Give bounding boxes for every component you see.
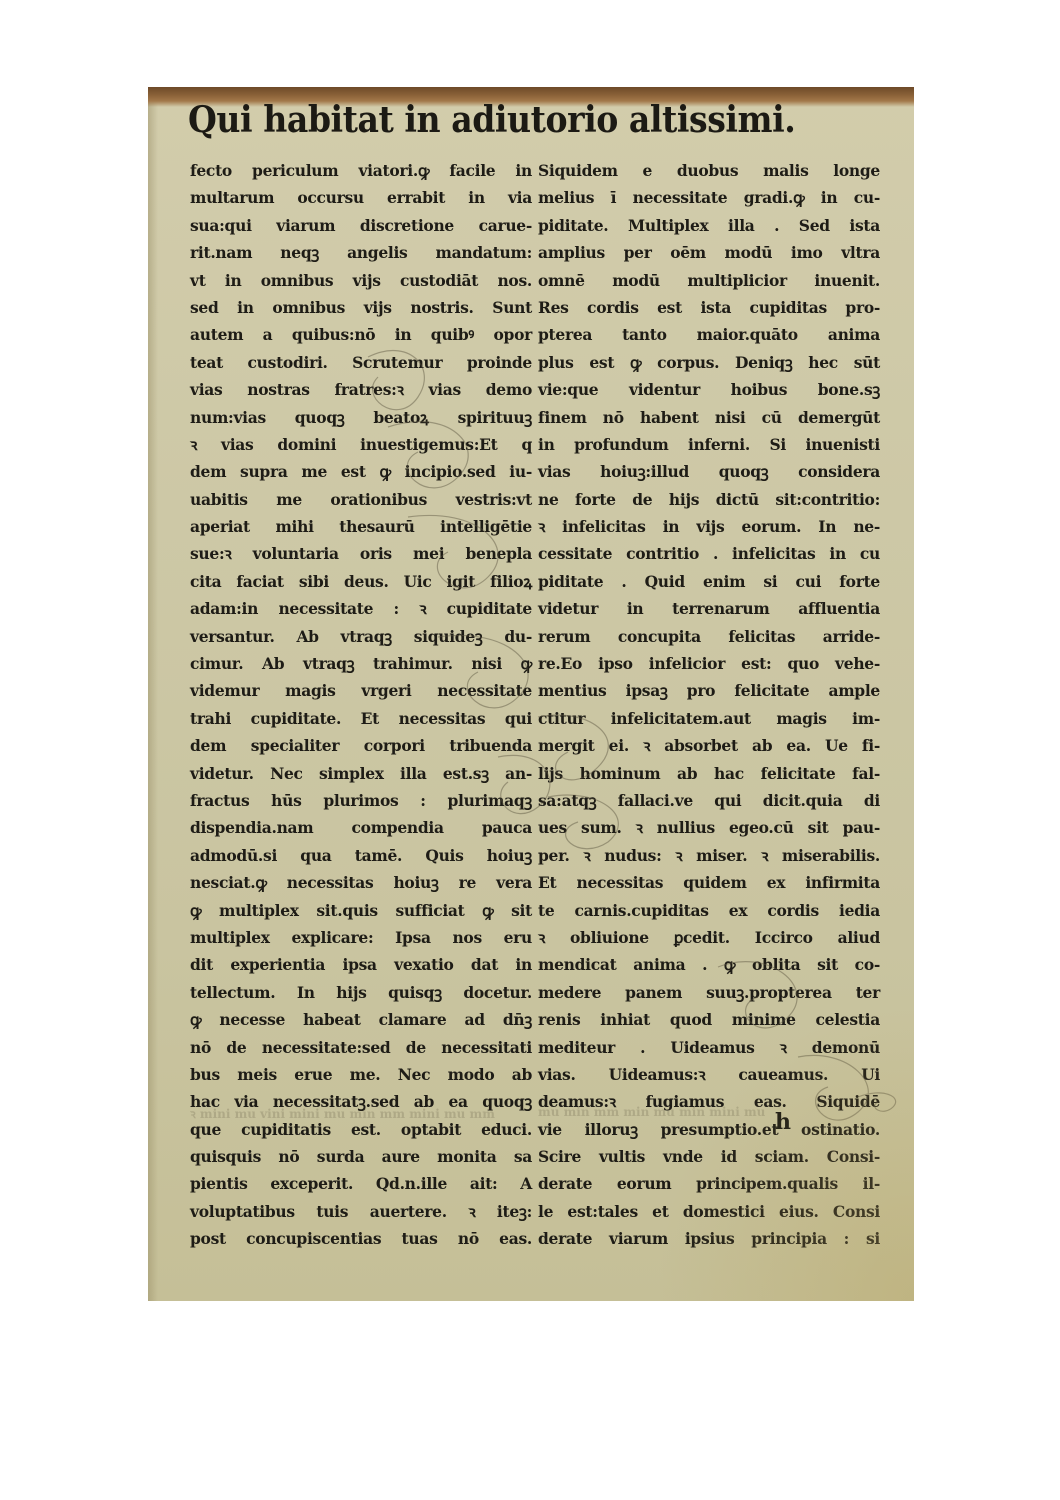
text-line: que cupiditatis est. optabit educi. [190, 1116, 532, 1143]
text-line: bus meis erue me. Nec modo ab [190, 1061, 532, 1088]
text-line: num:vias quoqꝫ beatoꝝ spirituuꝫ [190, 404, 532, 431]
page-heading: Qui habitat in adiutorio altissimi. [188, 99, 795, 141]
text-line: videtur. Nec simplex illa est.sꝫ an- [190, 760, 532, 787]
text-line: rit.nam neqꝫ angelis mandatum: [190, 239, 532, 266]
text-column-left: fecto periculum viatori.ꝙ facile inmulta… [190, 157, 532, 1253]
text-line: omnē modū multiplicior inuenit. [538, 267, 880, 294]
text-line: Res cordis est ista cupiditas pro- [538, 294, 880, 321]
text-line: per. ꝛ nudus: ꝛ miser. ꝛ miserabilis. [538, 842, 880, 869]
text-line: finem nō habent nisi cū demergūt [538, 404, 880, 431]
text-line: ues sum. ꝛ nullius egeo.cū sit pau- [538, 814, 880, 841]
text-line: admodū.si qua tamē. Quis hoiuꝫ [190, 842, 532, 869]
text-line: Et necessitas quidem ex infirmita [538, 869, 880, 896]
text-line: multiplex explicare: Ipsa nos eru [190, 924, 532, 951]
text-line: dem supra me est ꝙ incipio.sed iu- [190, 458, 532, 485]
text-line: ꝙ multiplex sit.quis sufficiat ꝙ sit [190, 897, 532, 924]
text-line: sa:atqꝫ fallaci.ve qui dicit.quia di [538, 787, 880, 814]
text-line: multarum occursu errabit in via [190, 184, 532, 211]
text-line: plus est ꝙ corpus. Deniqꝫ hec sūt [538, 349, 880, 376]
text-line: mendicat anima . ꝙ oblita sit co- [538, 951, 880, 978]
text-line: autem a quibus:nō in quibꝰ opor [190, 321, 532, 348]
text-line: amplius per oēm modū imo vltra [538, 239, 880, 266]
text-line: adam:in necessitate : ꝛ cupiditate [190, 595, 532, 622]
text-line: te carnis.cupiditas ex cordis iedia [538, 897, 880, 924]
text-line: versantur. Ab vtraqꝫ siquideꝫ du- [190, 623, 532, 650]
text-line: dem specialiter corpori tribuenda [190, 732, 532, 759]
text-line: vie illoruꝫ presumptio.et ostinatio. [538, 1116, 880, 1143]
text-line: rerum concupita felicitas arride- [538, 623, 880, 650]
text-line: nō de necessitate:sed de necessitati [190, 1034, 532, 1061]
text-line: fecto periculum viatori.ꝙ facile in [190, 157, 532, 184]
text-line: sed in omnibus vijs nostris. Sunt [190, 294, 532, 321]
page-edge-shadow [148, 87, 158, 1301]
text-line: vias. Uideamus:ꝛ caueamus. Ui [538, 1061, 880, 1088]
text-line: mergit ei. ꝛ absorbet ab ea. Ue fi- [538, 732, 880, 759]
text-line: ne forte de hijs dictū sit:contritio: [538, 486, 880, 513]
text-line: nesciat.ꝙ necessitas hoiuꝫ re vera [190, 869, 532, 896]
text-line: pterea tanto maior.quāto anima [538, 321, 880, 348]
text-line: piditate. Multiplex illa . Sed ista [538, 212, 880, 239]
text-line: mediteur . Uideamus ꝛ demonū [538, 1034, 880, 1061]
text-line: dit experientia ipsa vexatio dat in [190, 951, 532, 978]
text-line: sua:qui viarum discretione carue- [190, 212, 532, 239]
text-line: renis inhiat quod minime celestia [538, 1006, 880, 1033]
text-line: quisquis nō surda aure monita sa [190, 1143, 532, 1170]
text-line: fractus hūs plurimos : plurimaqꝫ [190, 787, 532, 814]
signature-mark: h [775, 1109, 791, 1135]
text-line: tellectum. In hijs quisqꝫ docetur. [190, 979, 532, 1006]
text-line: vias nostras fratres:ꝛ vias demo [190, 376, 532, 403]
text-line: Siquidem e duobus malis longe [538, 157, 880, 184]
text-column-right: Siquidem e duobus malis longemelius ī ne… [538, 157, 880, 1253]
text-line: derate eorum principem.qualis il- [538, 1170, 880, 1197]
text-line: re.Eo ipso infelicior est: quo vehe- [538, 650, 880, 677]
text-line: voluptatibus tuis auertere. ꝛ iteꝫ: [190, 1198, 532, 1225]
text-line: vie:que videntur hoibus bone.sꝫ [538, 376, 880, 403]
text-line: melius ī necessitate gradi.ꝙ in cu- [538, 184, 880, 211]
text-line: cimur. Ab vtraqꝫ trahimur. nisi ꝙ [190, 650, 532, 677]
text-line: pientis exceperit. Qd.n.ille ait: A [190, 1170, 532, 1197]
text-line: cita faciat sibi deus. Uic igit filioꝝ [190, 568, 532, 595]
text-line: aperiat mihi thesaurū intelligētie [190, 513, 532, 540]
bleed-through-text-right: mu min mm min mu min mini mu [538, 1105, 838, 1119]
text-line: lijs hominum ab hac felicitate fal- [538, 760, 880, 787]
text-line: ꝛ obliuione ꝑcedit. Iccirco aliud [538, 924, 880, 951]
text-line: vias hoiuꝫ:illud quoqꝫ considera [538, 458, 880, 485]
text-line: derate viarum ipsius principia : si [538, 1225, 880, 1252]
book-page: Qui habitat in adiutorio altissimi. fect… [148, 87, 914, 1301]
text-line: uabitis me orationibus vestris:vt [190, 486, 532, 513]
text-line: vt in omnibus vijs custodiāt nos. [190, 267, 532, 294]
text-line: mentius ipsaꝫ pro felicitate ample [538, 677, 880, 704]
text-line: post concupiscentias tuas nō eas. [190, 1225, 532, 1252]
text-line: ꝛ infelicitas in vijs eorum. In ne- [538, 513, 880, 540]
text-line: videmur magis vrgeri necessitate [190, 677, 532, 704]
bleed-through-text-left: ꝛ mini mu vini mini mu min mm mini mu mm [190, 1105, 532, 1119]
text-line: in profundum inferni. Si inuenisti [538, 431, 880, 458]
text-line: piditate . Quid enim si cui forte [538, 568, 880, 595]
text-line: ꝙ necesse habeat clamare ad dn̄ꝫ [190, 1006, 532, 1033]
text-line: videtur in terrenarum affluentia [538, 595, 880, 622]
text-line: trahi cupiditate. Et necessitas qui [190, 705, 532, 732]
text-line: ctitur infelicitatem.aut magis im- [538, 705, 880, 732]
text-line: ꝛ vias domini inuestigemus:Et q [190, 431, 532, 458]
text-line: teat custodiri. Scrutemur proinde [190, 349, 532, 376]
text-line: Scire vultis vnde id sciam. Consi- [538, 1143, 880, 1170]
text-line: dispendia.nam compendia pauca [190, 814, 532, 841]
text-line: le est:tales et domestici eius. Consi [538, 1198, 880, 1225]
text-line: cessitate contritio . infelicitas in cu [538, 540, 880, 567]
text-line: sue:ꝛ voluntaria oris mei benepla [190, 540, 532, 567]
text-line: medere panem suuꝫ.propterea ter [538, 979, 880, 1006]
